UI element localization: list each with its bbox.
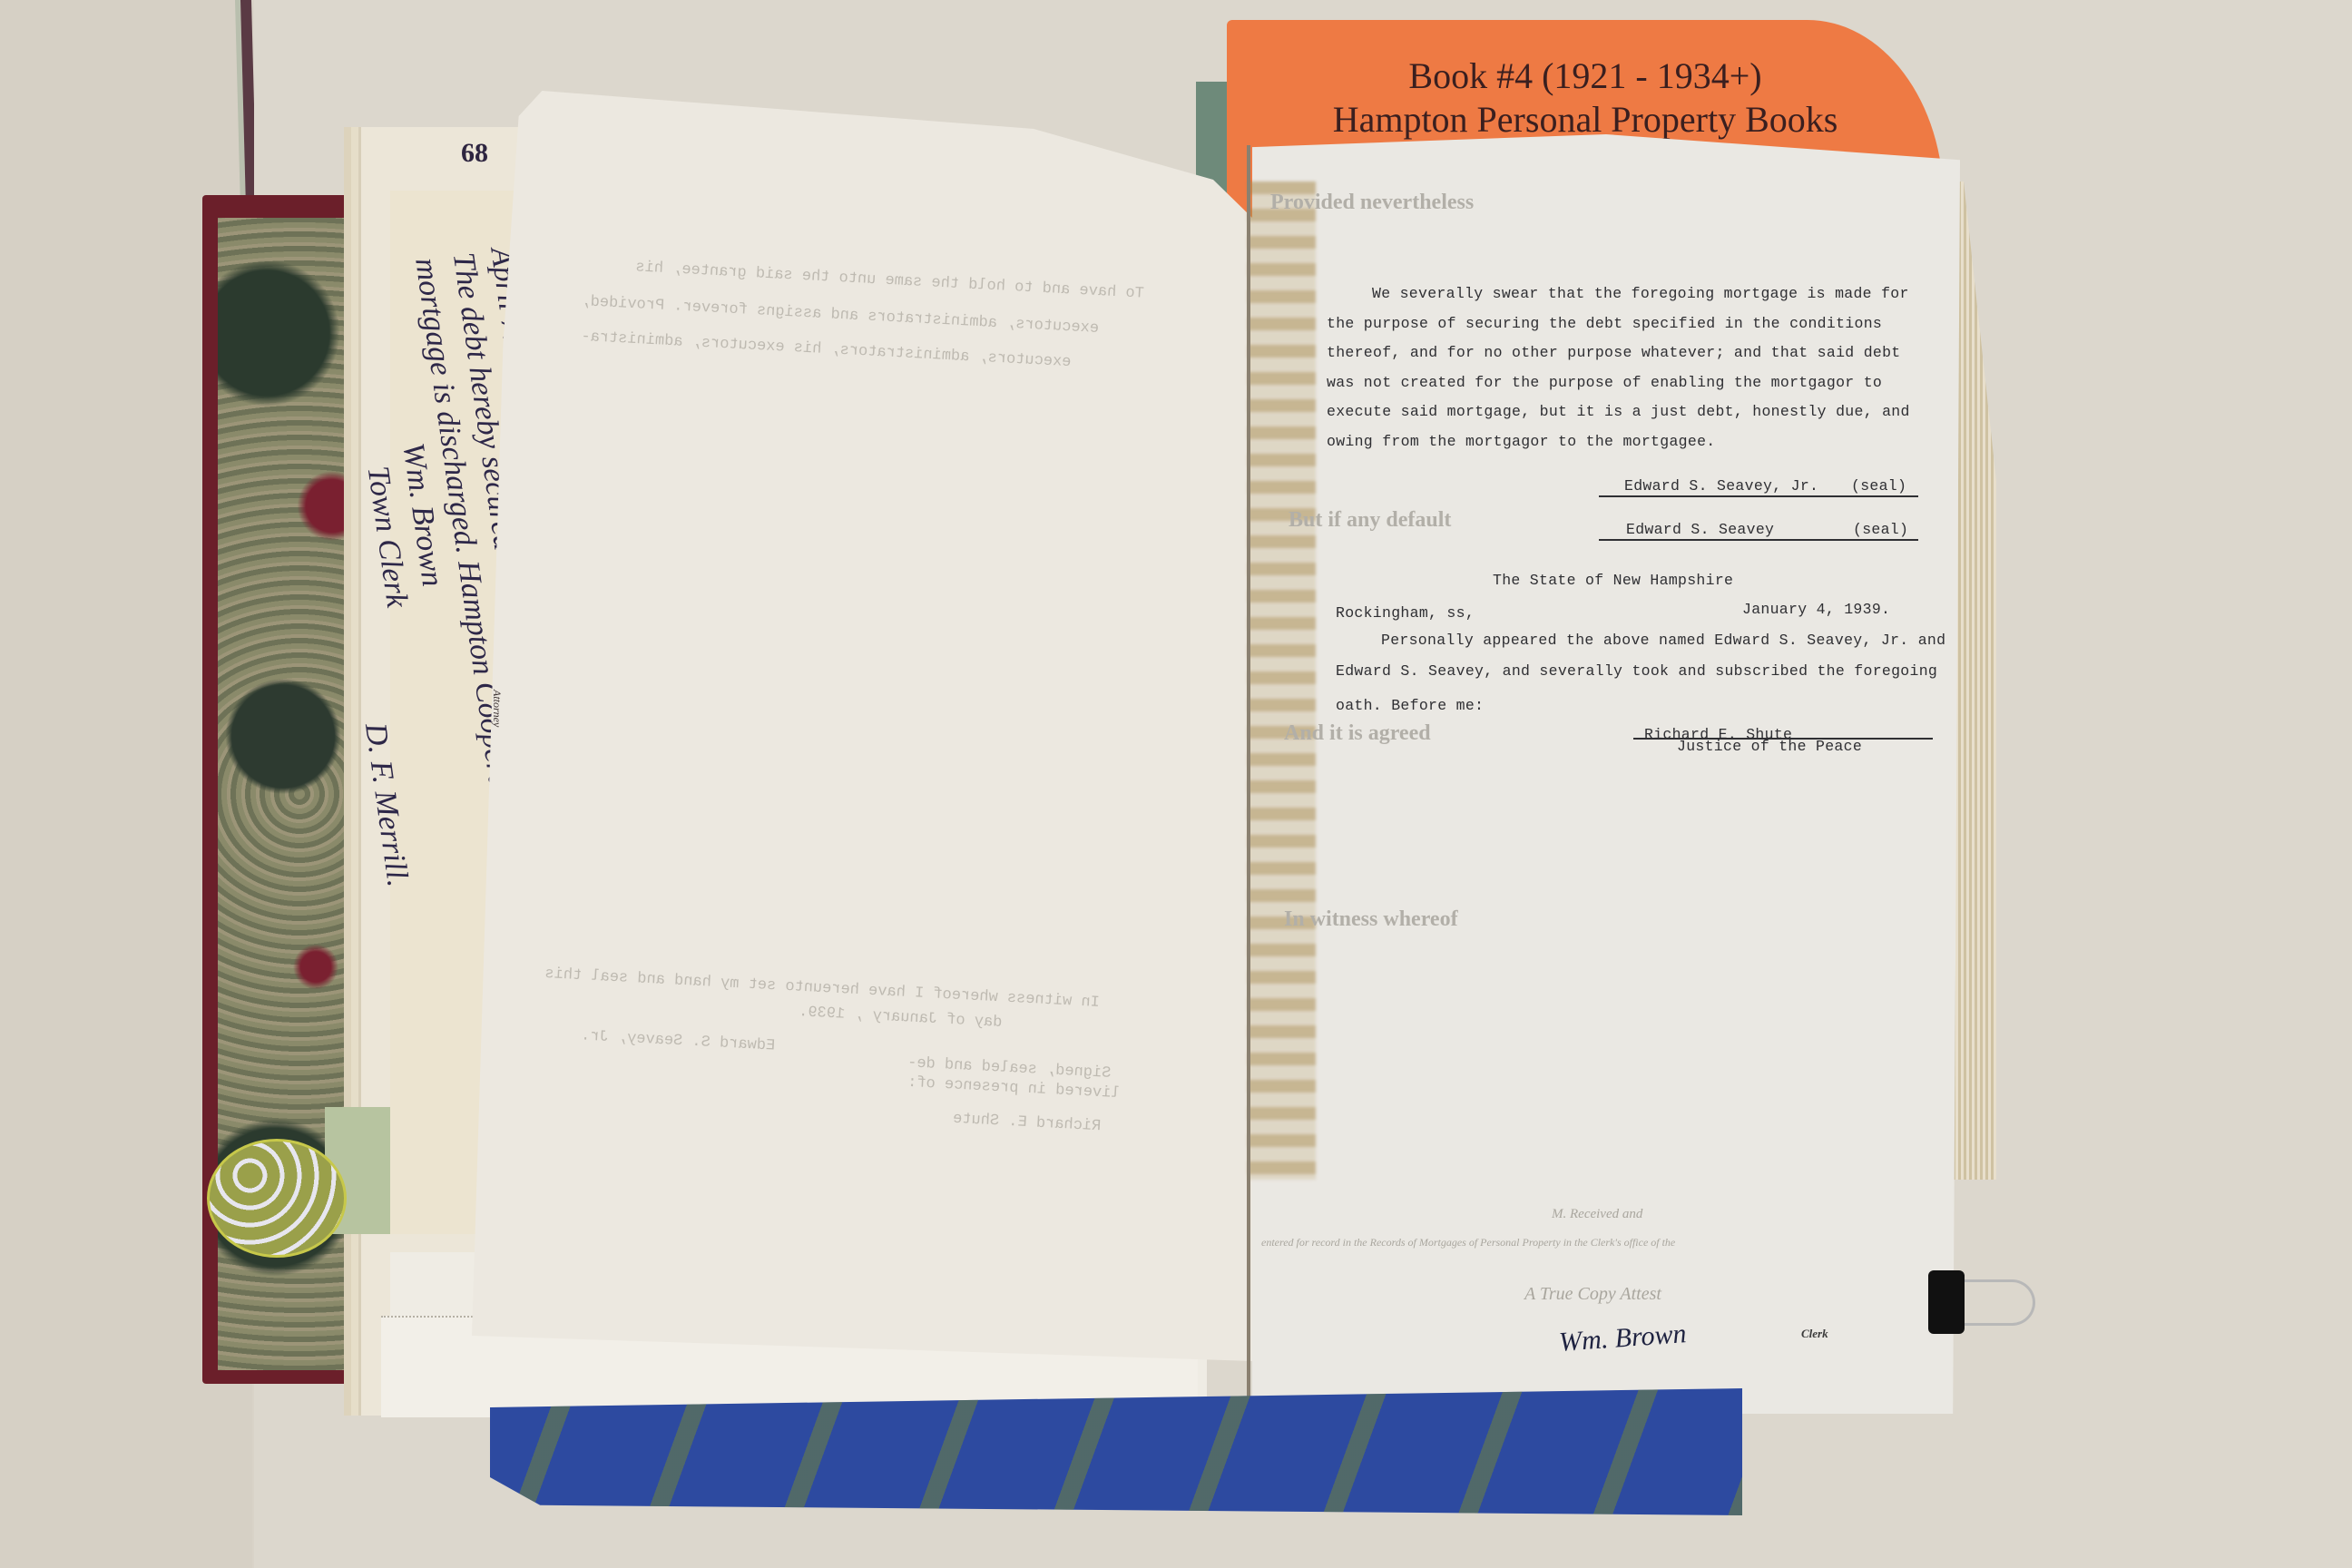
county-line: Rockingham, ss, — [1336, 604, 1475, 622]
page-number: 68 — [461, 138, 488, 169]
tab-label: Book #4 (1921 - 1934+) Hampton Personal … — [1227, 54, 1944, 142]
signature-name: Edward S. Seavey, Jr. — [1624, 477, 1818, 495]
faint-form-heading: But if any default — [1289, 508, 1451, 533]
faint-form-heading: In witness whereof — [1284, 907, 1458, 932]
oath-line: was not created for the purpose of enabl… — [1327, 368, 1889, 398]
tab-label-book-range: Book #4 (1921 - 1934+) — [1227, 54, 1944, 98]
acknowledgment-line: oath. Before me: — [1336, 697, 1484, 714]
water-stain — [1248, 181, 1316, 1180]
faint-form-heading: Provided nevertheless — [1270, 191, 1474, 215]
clerk-label: Clerk — [1801, 1327, 1828, 1341]
signature-line — [1599, 495, 1918, 497]
seal-label: (seal) — [1853, 521, 1908, 538]
faint-form-text: entered for record in the Records of Mor… — [1261, 1236, 1675, 1249]
oath-line: execute said mortgage, but it is a just … — [1327, 397, 1889, 427]
acknowledgment-line: Personally appeared the above named Edwa… — [1381, 632, 1945, 649]
blue-painters-tape — [490, 1388, 1742, 1515]
signature-name: Edward S. Seavey — [1626, 521, 1774, 538]
seal-label: (seal) — [1851, 477, 1906, 495]
oath-line: We severally swear that the foregoing mo… — [1327, 279, 1889, 309]
attorney-label: Attorney — [490, 690, 504, 727]
decorative-clip-icon[interactable] — [207, 1139, 347, 1258]
state-heading: The State of New Hampshire — [1493, 572, 1733, 589]
faint-form-text: A True Copy Attest — [1524, 1284, 1661, 1305]
oath-line: the purpose of securing the debt specifi… — [1327, 309, 1889, 339]
signature-line — [1599, 539, 1918, 541]
faint-form-heading: And it is agreed — [1284, 721, 1431, 746]
oath-line: owing from the mortgagor to the mortgage… — [1327, 427, 1889, 457]
acknowledgment-date: January 4, 1939. — [1742, 601, 1890, 618]
acknowledgment-line: Edward S. Seavey, and severally took and… — [1336, 662, 1937, 680]
faint-form-text: M. Received and — [1552, 1207, 1642, 1222]
binder-clip-icon[interactable] — [1928, 1270, 1965, 1334]
oath-paragraph: We severally swear that the foregoing mo… — [1327, 279, 1889, 456]
justice-title: Justice of the Peace — [1677, 738, 1862, 755]
oath-line: thereof, and for no other purpose whatev… — [1327, 338, 1889, 368]
tab-label-title: Hampton Personal Property Books — [1227, 98, 1944, 142]
book-gutter — [1247, 145, 1250, 1416]
